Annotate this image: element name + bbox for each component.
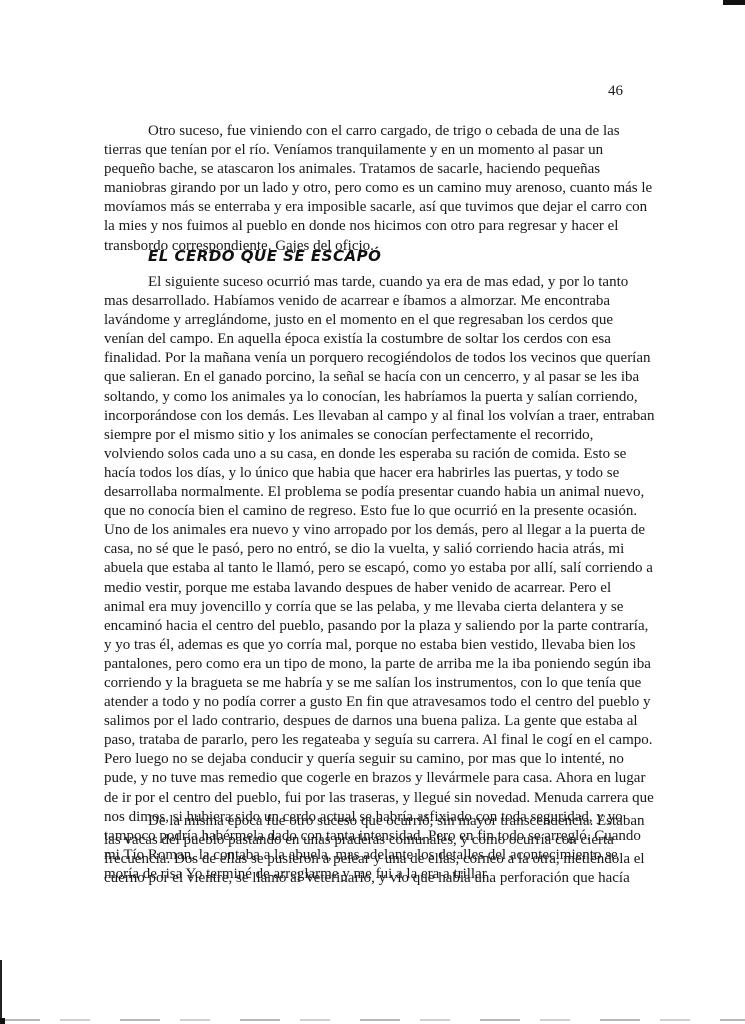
scan-bottom-corner xyxy=(0,1018,5,1024)
page-number: 46 xyxy=(608,82,623,101)
text-line: tierras que tenían por el río. Veníamos … xyxy=(104,141,649,160)
text-line: De la misma época fue otro suceso que oc… xyxy=(104,812,649,831)
text-line: desarrollaba normalmente. El problema se… xyxy=(104,483,649,502)
text-line: hacía todos los días, y lo único que hab… xyxy=(104,464,649,483)
text-line: encaminó hacia el centro del pueblo, pas… xyxy=(104,617,649,636)
text-line: cuerno por el vientre, se llamó al Veter… xyxy=(104,869,649,888)
text-line: corriendo y la bragueta se me habría y s… xyxy=(104,674,649,693)
paragraph-1: Otro suceso, fue viniendo con el carro c… xyxy=(104,122,649,256)
text-line: de ir por el centro del pueblo, fui por … xyxy=(104,789,649,808)
text-line: soltando, y como los animales ya lo cono… xyxy=(104,388,649,407)
text-line: casa, no sé que le pasó, pero no entró, … xyxy=(104,540,649,559)
scan-corner-mark xyxy=(723,0,745,5)
text-line: frecuencia. Dos de ellas se pusieron a p… xyxy=(104,850,649,869)
text-line: movíamos más se enterraba y era imposibl… xyxy=(104,198,649,217)
text-line: mas desarrollado. Habíamos venido de aca… xyxy=(104,292,649,311)
text-line: que no conocía bien el camino de regreso… xyxy=(104,502,649,521)
text-line: animal era muy jovencillo y corría que s… xyxy=(104,598,649,617)
text-line: Uno de los animales era nuevo y vino arr… xyxy=(104,521,649,540)
section-heading: EL CERDO QUE SE ESCAPÓ xyxy=(148,247,381,265)
text-line: incorporándose con los demás. Les llevab… xyxy=(104,407,649,426)
paragraph-3: De la misma época fue otro suceso que oc… xyxy=(104,812,649,888)
text-line: pude, y no tuve mas remedio que cogerle … xyxy=(104,769,649,788)
text-line: venían del campo. En aquella época exist… xyxy=(104,330,649,349)
text-line: la mies y nos fuimos al pueblo en donde … xyxy=(104,217,649,236)
text-line: medio vestir, porque me estaba lavando d… xyxy=(104,579,649,598)
text-line: abuela que estaba al tanto le llamó, per… xyxy=(104,559,649,578)
text-line: Otro suceso, fue viniendo con el carro c… xyxy=(104,122,649,141)
text-line: Pero luego no se dejaba conducir y querí… xyxy=(104,750,649,769)
text-line: finalidad. Por la mañana venía un porque… xyxy=(104,349,649,368)
text-line: maniobras girando por un lado y otro, pe… xyxy=(104,179,649,198)
text-line: atender a todo y no podía correr a gusto… xyxy=(104,693,649,712)
scan-bottom-edge xyxy=(0,1019,745,1021)
text-line: siempre por el mismo sitio y los animale… xyxy=(104,426,649,445)
text-line: paso, trataba de pararlo, pero les regat… xyxy=(104,731,649,750)
text-line: las vacas del pueblo pastando en unas pr… xyxy=(104,831,649,850)
text-line: pantalones, pero como era un tipo de mon… xyxy=(104,655,649,674)
text-line: volviendo solos cada uno a su casa, en d… xyxy=(104,445,649,464)
text-line: y yo tras él, ademas es que yo corría ma… xyxy=(104,636,649,655)
text-line: El siguiente suceso ocurrió mas tarde, c… xyxy=(104,273,649,292)
text-line: que salieran. En el ganado porcino, la s… xyxy=(104,368,649,387)
paragraph-2: El siguiente suceso ocurrió mas tarde, c… xyxy=(104,273,649,884)
text-line: lavándome y arreglándome, justo en el mo… xyxy=(104,311,649,330)
scan-left-edge xyxy=(0,960,2,1022)
text-line: salimos por el lado contrario, despues d… xyxy=(104,712,649,731)
text-line: pequeño bache, se atascaron los animales… xyxy=(104,160,649,179)
